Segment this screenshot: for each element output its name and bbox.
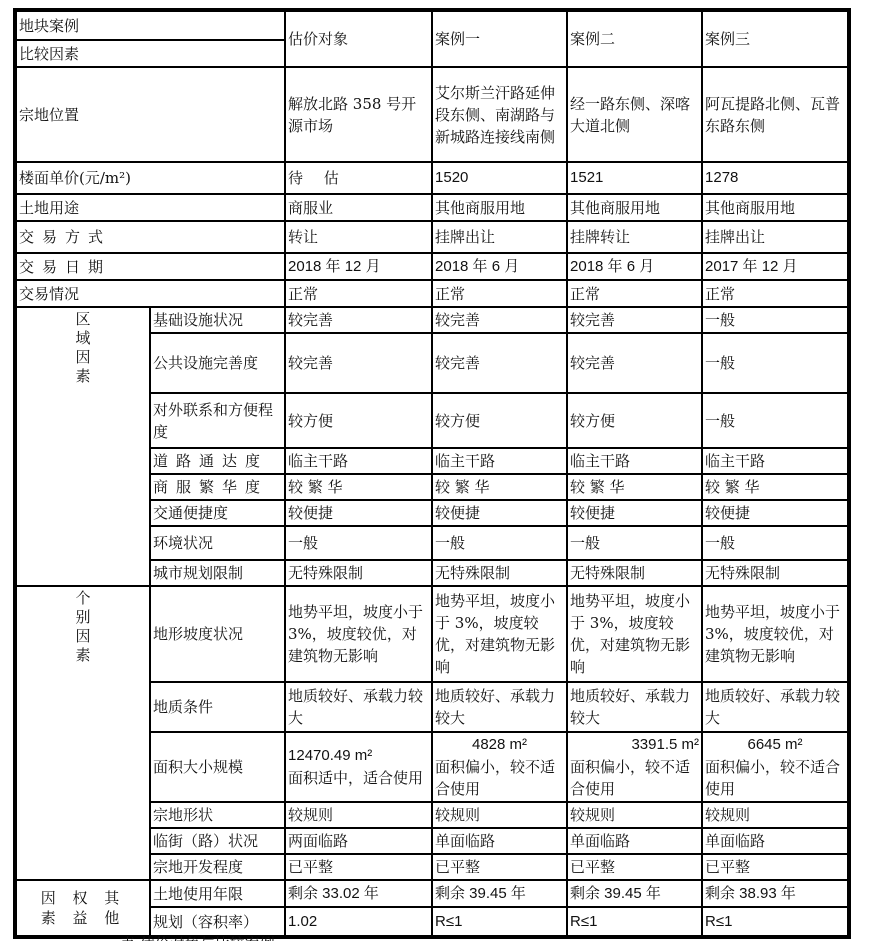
cell-case-2: 地质较好、承载力较大 [567, 682, 702, 732]
row-label: 面积大小规模 [150, 732, 285, 802]
cell-case-2: 地势平坦，坡度小于 3%，坡度较优，对建筑物无影响 [567, 586, 702, 682]
cell-case-2: 正常 [567, 280, 702, 307]
cell-subject: 无特殊限制 [285, 560, 432, 586]
group-label-individual: 个 别 因 素 [15, 586, 150, 880]
table-row-rights: 因 权 其 素 益 他 土地使用年限 剩余 33.02 年 剩余 39.45 年… [15, 880, 849, 907]
cell-case-3: 阿瓦提路北侧、瓦普东路东侧 [702, 67, 849, 162]
group-label-char: 因 [19, 348, 147, 367]
cell-subject: 较完善 [285, 333, 432, 393]
cell-subject: 转让 [285, 221, 432, 253]
cell-case-3: 较便捷 [702, 500, 849, 526]
cell-case-1: R≤1 [432, 907, 567, 937]
table-row-regional: 区 域 因 素 基础设施状况 较完善 较完善 较完善 一般 [15, 307, 849, 333]
cell-case-3: 一般 [702, 307, 849, 333]
cell-case-1: 单面临路 [432, 828, 567, 854]
cell-case-1: 较便捷 [432, 500, 567, 526]
group-label-char: 别 [19, 608, 147, 627]
cell-case-3: 单面临路 [702, 828, 849, 854]
area-value: 12470.49 m² [288, 745, 429, 767]
area-value: 3391.5 m² [570, 734, 699, 756]
header-col-case-2: 案例二 [567, 10, 702, 67]
group-label-char: 因 [19, 627, 147, 646]
row-label: 交易方式 [15, 221, 285, 253]
cell-case-2: 已平整 [567, 854, 702, 880]
cell-case-3: 剩余 38.93 年 [702, 880, 849, 907]
cell-case-2: 较完善 [567, 333, 702, 393]
cell-subject: 临主干路 [285, 448, 432, 474]
cell-case-2: 2018 年 6 月 [567, 253, 702, 280]
cell-case-1: 无特殊限制 [432, 560, 567, 586]
cell-subject: 剩余 33.02 年 [285, 880, 432, 907]
cell-case-1: 剩余 39.45 年 [432, 880, 567, 907]
cell-subject: 12470.49 m² 面积适中，适合使用 [285, 732, 432, 802]
cell-subject: 地势平坦，坡度小于 3%，坡度较优，对建筑物无影响 [285, 586, 432, 682]
table-row-trade-condition: 交易情况 正常 正常 正常 正常 [15, 280, 849, 307]
row-label: 土地用途 [15, 194, 285, 221]
cell-case-2: 经一路东侧、深喀大道北侧 [567, 67, 702, 162]
cell-case-1: 已平整 [432, 854, 567, 880]
cell-case-2: 较方便 [567, 393, 702, 448]
cell-subject: 解放北路 358 号开源市场 [285, 67, 432, 162]
group-label-line: 因 权 其 [19, 888, 147, 908]
cell-case-3: 1278 [702, 162, 849, 194]
header-row: 地块案例 估价对象 案例一 案例二 案例三 [15, 10, 849, 40]
cell-case-2: 无特殊限制 [567, 560, 702, 586]
row-label: 商服繁华度 [150, 474, 285, 500]
area-comment: 面积适中，适合使用 [288, 767, 429, 789]
cell-case-1: 2018 年 6 月 [432, 253, 567, 280]
row-label: 环境状况 [150, 526, 285, 560]
cell-case-3: R≤1 [702, 907, 849, 937]
cell-case-1: 一般 [432, 526, 567, 560]
table-row-land-use: 土地用途 商服业 其他商服用地 其他商服用地 其他商服用地 [15, 194, 849, 221]
cell-case-2: 一般 [567, 526, 702, 560]
cell-case-2: 单面临路 [567, 828, 702, 854]
cell-case-1: 较完善 [432, 307, 567, 333]
comparison-table: 地块案例 估价对象 案例一 案例二 案例三 比较因素 宗地位置 解放北路 358… [13, 8, 851, 939]
cell-case-2: 其他商服用地 [567, 194, 702, 221]
table-row-trade-method: 交易方式 转让 挂牌出让 挂牌转让 挂牌出让 [15, 221, 849, 253]
cell-case-1: 地质较好、承载力较大 [432, 682, 567, 732]
cell-subject: 地质较好、承载力较大 [285, 682, 432, 732]
row-label: 宗地开发程度 [150, 854, 285, 880]
cell-case-3: 一般 [702, 333, 849, 393]
cell-subject: 待 估 [285, 162, 432, 194]
cell-subject: 一般 [285, 526, 432, 560]
cell-case-1: 1520 [432, 162, 567, 194]
row-label: 宗地形状 [150, 802, 285, 828]
cell-case-3: 其他商服用地 [702, 194, 849, 221]
group-label-char: 区 [19, 310, 147, 329]
cell-case-1: 较 繁 华 [432, 474, 567, 500]
cell-subject: 较方便 [285, 393, 432, 448]
header-row-label-bottom: 比较因素 [15, 40, 285, 67]
cell-case-3: 地质较好、承载力较大 [702, 682, 849, 732]
header-col-subject: 估价对象 [285, 10, 432, 67]
cell-case-2: 临主干路 [567, 448, 702, 474]
cell-case-3: 无特殊限制 [702, 560, 849, 586]
row-label: 地质条件 [150, 682, 285, 732]
row-label: 对外联系和方便程度 [150, 393, 285, 448]
row-label: 交易情况 [15, 280, 285, 307]
cell-case-1: 地势平坦，坡度小于 3%，坡度较优，对建筑物无影响 [432, 586, 567, 682]
cell-case-3: 正常 [702, 280, 849, 307]
cell-case-2: 较 繁 华 [567, 474, 702, 500]
cell-case-3: 6645 m² 面积偏小，较不适合使用 [702, 732, 849, 802]
cell-subject: 2018 年 12 月 [285, 253, 432, 280]
row-label: 交通便捷度 [150, 500, 285, 526]
group-label-regional: 区 域 因 素 [15, 307, 150, 586]
cell-case-3: 较规则 [702, 802, 849, 828]
row-label: 公共设施完善度 [150, 333, 285, 393]
area-value: 6645 m² [705, 734, 845, 756]
cell-case-1: 4828 m² 面积偏小，较不适合使用 [432, 732, 567, 802]
cell-case-3: 一般 [702, 526, 849, 560]
row-label: 基础设施状况 [150, 307, 285, 333]
area-comment: 面积偏小，较不适合使用 [570, 756, 699, 800]
cell-case-2: 挂牌转让 [567, 221, 702, 253]
header-row-label-top: 地块案例 [15, 10, 285, 40]
group-label-rights: 因 权 其 素 益 他 [15, 880, 150, 937]
table-row-individual: 个 别 因 素 地形坡度状况 地势平坦，坡度小于 3%，坡度较优，对建筑物无影响… [15, 586, 849, 682]
group-label-char: 域 [19, 329, 147, 348]
table-caption-fragment: 表 估价对象与比较案例 [120, 933, 380, 941]
cell-subject: 较 繁 华 [285, 474, 432, 500]
cell-case-1: 其他商服用地 [432, 194, 567, 221]
group-label-char: 素 [19, 367, 147, 386]
row-label: 楼面单价(元/m²) [15, 162, 285, 194]
cell-case-2: 较便捷 [567, 500, 702, 526]
table-row-unit-price: 楼面单价(元/m²) 待 估 1520 1521 1278 [15, 162, 849, 194]
cell-case-1: 较规则 [432, 802, 567, 828]
row-label: 宗地位置 [15, 67, 285, 162]
area-value: 4828 m² [435, 734, 564, 756]
cell-subject: 正常 [285, 280, 432, 307]
cell-case-1: 正常 [432, 280, 567, 307]
cell-case-2: 剩余 39.45 年 [567, 880, 702, 907]
cell-subject: 两面临路 [285, 828, 432, 854]
cell-case-3: 已平整 [702, 854, 849, 880]
cell-case-3: 2017 年 12 月 [702, 253, 849, 280]
cell-subject: 较便捷 [285, 500, 432, 526]
table-row-location: 宗地位置 解放北路 358 号开源市场 艾尔斯兰汗路延伸段东侧、南湖路与新城路连… [15, 67, 849, 162]
cell-case-1: 艾尔斯兰汗路延伸段东侧、南湖路与新城路连接线南侧 [432, 67, 567, 162]
cell-subject: 较规则 [285, 802, 432, 828]
cell-case-3: 地势平坦，坡度小于 3%，坡度较优，对建筑物无影响 [702, 586, 849, 682]
cell-subject: 商服业 [285, 194, 432, 221]
cell-case-2: 较完善 [567, 307, 702, 333]
group-label-char: 素 [19, 646, 147, 665]
cell-case-1: 较方便 [432, 393, 567, 448]
row-label: 地形坡度状况 [150, 586, 285, 682]
row-label: 城市规划限制 [150, 560, 285, 586]
cell-case-3: 挂牌出让 [702, 221, 849, 253]
cell-case-2: 较规则 [567, 802, 702, 828]
cell-case-1: 较完善 [432, 333, 567, 393]
area-comment: 面积偏小，较不适合使用 [705, 756, 845, 800]
group-label-line: 素 益 他 [19, 908, 147, 928]
cell-case-1: 挂牌出让 [432, 221, 567, 253]
cell-case-1: 临主干路 [432, 448, 567, 474]
cell-case-2: R≤1 [567, 907, 702, 937]
row-label: 交易日期 [15, 253, 285, 280]
row-label: 临街（路）状况 [150, 828, 285, 854]
cell-case-2: 1521 [567, 162, 702, 194]
row-label: 土地使用年限 [150, 880, 285, 907]
header-col-case-1: 案例一 [432, 10, 567, 67]
row-label: 道路通达度 [150, 448, 285, 474]
cell-subject: 已平整 [285, 854, 432, 880]
cell-case-2: 3391.5 m² 面积偏小，较不适合使用 [567, 732, 702, 802]
group-label-char: 个 [19, 589, 147, 608]
cell-subject: 较完善 [285, 307, 432, 333]
area-comment: 面积偏小，较不适合使用 [435, 756, 564, 800]
header-col-case-3: 案例三 [702, 10, 849, 67]
cell-case-3: 临主干路 [702, 448, 849, 474]
table-row-trade-date: 交易日期 2018 年 12 月 2018 年 6 月 2018 年 6 月 2… [15, 253, 849, 280]
cell-case-3: 一般 [702, 393, 849, 448]
cell-case-3: 较 繁 华 [702, 474, 849, 500]
